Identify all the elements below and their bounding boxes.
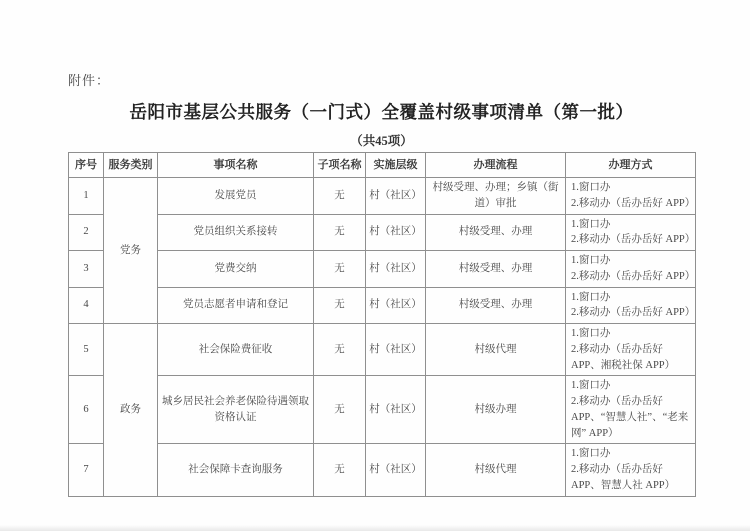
- cell-methods: 1.窗口办 2.移动办（岳办岳好 APP）: [566, 287, 696, 324]
- cell-item: 党费交纳: [158, 251, 314, 288]
- cell-level: 村（社区）: [366, 376, 426, 444]
- method-line: 1.窗口办: [571, 253, 691, 269]
- cell-sub: 无: [314, 324, 366, 376]
- cell-methods: 1.窗口办 2.移动办（岳办岳好 APP、湘税社保 APP）: [566, 324, 696, 376]
- cell-seq: 6: [69, 376, 104, 444]
- cell-sub: 无: [314, 251, 366, 288]
- table-row: 1 党务 发展党员 无 村（社区） 村级受理、办理；乡镇（街道）审批 1.窗口办…: [69, 178, 696, 215]
- cell-level: 村（社区）: [366, 287, 426, 324]
- header-category: 服务类别: [104, 153, 158, 178]
- header-sub-name: 子项名称: [314, 153, 366, 178]
- cell-seq: 2: [69, 214, 104, 251]
- cell-sub: 无: [314, 178, 366, 215]
- document-page: 附件： 岳阳市基层公共服务（一门式）全覆盖村级事项清单（第一批） （共45项） …: [0, 0, 750, 531]
- method-line: 1.窗口办: [571, 290, 691, 306]
- table-header-row: 序号 服务类别 事项名称 子项名称 实施层级 办理流程 办理方式: [69, 153, 696, 178]
- cell-item: 城乡居民社会养老保险待遇领取资格认证: [158, 376, 314, 444]
- table-row: 5 政务 社会保险费征收 无 村（社区） 村级代理 1.窗口办 2.移动办（岳办…: [69, 324, 696, 376]
- cell-process: 村级办理: [426, 376, 566, 444]
- method-line: 2.移动办（岳办岳好 APP）: [571, 196, 691, 212]
- header-methods: 办理方式: [566, 153, 696, 178]
- cell-level: 村（社区）: [366, 324, 426, 376]
- cell-category-zhengwu: 政务: [104, 324, 158, 497]
- cell-item: 党员志愿者申请和登记: [158, 287, 314, 324]
- method-line: 2.移动办（岳办岳好 APP）: [571, 269, 691, 285]
- cell-process: 村级受理、办理: [426, 287, 566, 324]
- method-line: 2.移动办（岳办岳好 APP、“智慧人社”、“老来网” APP）: [571, 394, 691, 441]
- cell-level: 村（社区）: [366, 178, 426, 215]
- table-row: 4 党员志愿者申请和登记 无 村（社区） 村级受理、办理 1.窗口办 2.移动办…: [69, 287, 696, 324]
- cell-process: 村级受理、办理: [426, 214, 566, 251]
- cell-seq: 5: [69, 324, 104, 376]
- cell-seq: 1: [69, 178, 104, 215]
- cell-process: 村级受理、办理: [426, 251, 566, 288]
- cell-item: 发展党员: [158, 178, 314, 215]
- cell-seq: 7: [69, 444, 104, 496]
- cell-sub: 无: [314, 444, 366, 496]
- cell-methods: 1.窗口办 2.移动办（岳办岳好 APP）: [566, 178, 696, 215]
- table-row: 3 党费交纳 无 村（社区） 村级受理、办理 1.窗口办 2.移动办（岳办岳好 …: [69, 251, 696, 288]
- cell-sub: 无: [314, 376, 366, 444]
- cell-methods: 1.窗口办 2.移动办（岳办岳好 APP、“智慧人社”、“老来网” APP）: [566, 376, 696, 444]
- cell-process: 村级受理、办理；乡镇（街道）审批: [426, 178, 566, 215]
- attachment-label: 附件：: [68, 70, 110, 89]
- method-line: 1.窗口办: [571, 180, 691, 196]
- method-line: 1.窗口办: [571, 217, 691, 233]
- service-items-table: 序号 服务类别 事项名称 子项名称 实施层级 办理流程 办理方式 1 党务 发展…: [68, 152, 696, 497]
- method-line: 1.窗口办: [571, 378, 691, 394]
- table-row: 7 社会保障卡查询服务 无 村（社区） 村级代理 1.窗口办 2.移动办（岳办岳…: [69, 444, 696, 496]
- method-line: 2.移动办（岳办岳好 APP）: [571, 305, 691, 321]
- cell-category-dangwu: 党务: [104, 178, 158, 324]
- table-row: 6 城乡居民社会养老保险待遇领取资格认证 无 村（社区） 村级办理 1.窗口办 …: [69, 376, 696, 444]
- scan-edge-artifact: [0, 525, 750, 531]
- cell-item: 社会保险费征收: [158, 324, 314, 376]
- cell-seq: 3: [69, 251, 104, 288]
- cell-methods: 1.窗口办 2.移动办（岳办岳好 APP、智慧人社 APP）: [566, 444, 696, 496]
- method-line: 1.窗口办: [571, 326, 691, 342]
- header-process: 办理流程: [426, 153, 566, 178]
- document-subtitle: （共45项）: [68, 131, 695, 149]
- cell-sub: 无: [314, 214, 366, 251]
- table-row: 2 党员组织关系接转 无 村（社区） 村级受理、办理 1.窗口办 2.移动办（岳…: [69, 214, 696, 251]
- cell-process: 村级代理: [426, 324, 566, 376]
- cell-level: 村（社区）: [366, 251, 426, 288]
- cell-seq: 4: [69, 287, 104, 324]
- cell-item: 党员组织关系接转: [158, 214, 314, 251]
- cell-methods: 1.窗口办 2.移动办（岳办岳好 APP）: [566, 214, 696, 251]
- cell-process: 村级代理: [426, 444, 566, 496]
- cell-level: 村（社区）: [366, 214, 426, 251]
- cell-item: 社会保障卡查询服务: [158, 444, 314, 496]
- method-line: 2.移动办（岳办岳好 APP、智慧人社 APP）: [571, 462, 691, 494]
- method-line: 2.移动办（岳办岳好 APP、湘税社保 APP）: [571, 342, 691, 374]
- document-title: 岳阳市基层公共服务（一门式）全覆盖村级事项清单（第一批）: [68, 99, 695, 124]
- header-level: 实施层级: [366, 153, 426, 178]
- header-item-name: 事项名称: [158, 153, 314, 178]
- header-seq: 序号: [69, 153, 104, 178]
- method-line: 2.移动办（岳办岳好 APP）: [571, 232, 691, 248]
- method-line: 1.窗口办: [571, 446, 691, 462]
- cell-methods: 1.窗口办 2.移动办（岳办岳好 APP）: [566, 251, 696, 288]
- cell-level: 村（社区）: [366, 444, 426, 496]
- cell-sub: 无: [314, 287, 366, 324]
